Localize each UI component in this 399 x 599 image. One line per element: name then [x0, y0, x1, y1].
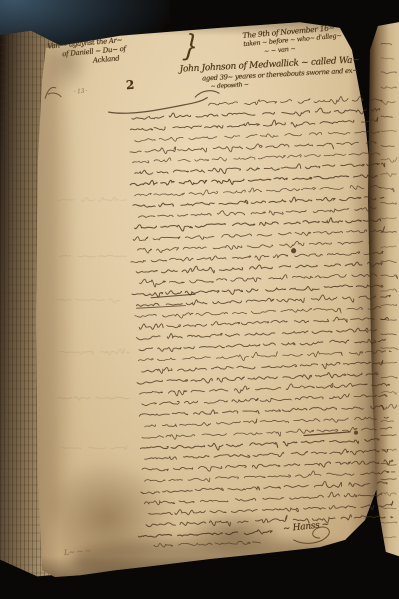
item-number: 2 [125, 78, 134, 94]
page-bottom-shading [34, 556, 388, 582]
manuscript-photo: Van ~ agaynst the Ar~ of Daniell ~ Du~ o… [0, 0, 399, 599]
faint-shelf-number: · 13 · [74, 88, 88, 96]
manuscript-page [34, 20, 388, 582]
stain [40, 50, 68, 520]
